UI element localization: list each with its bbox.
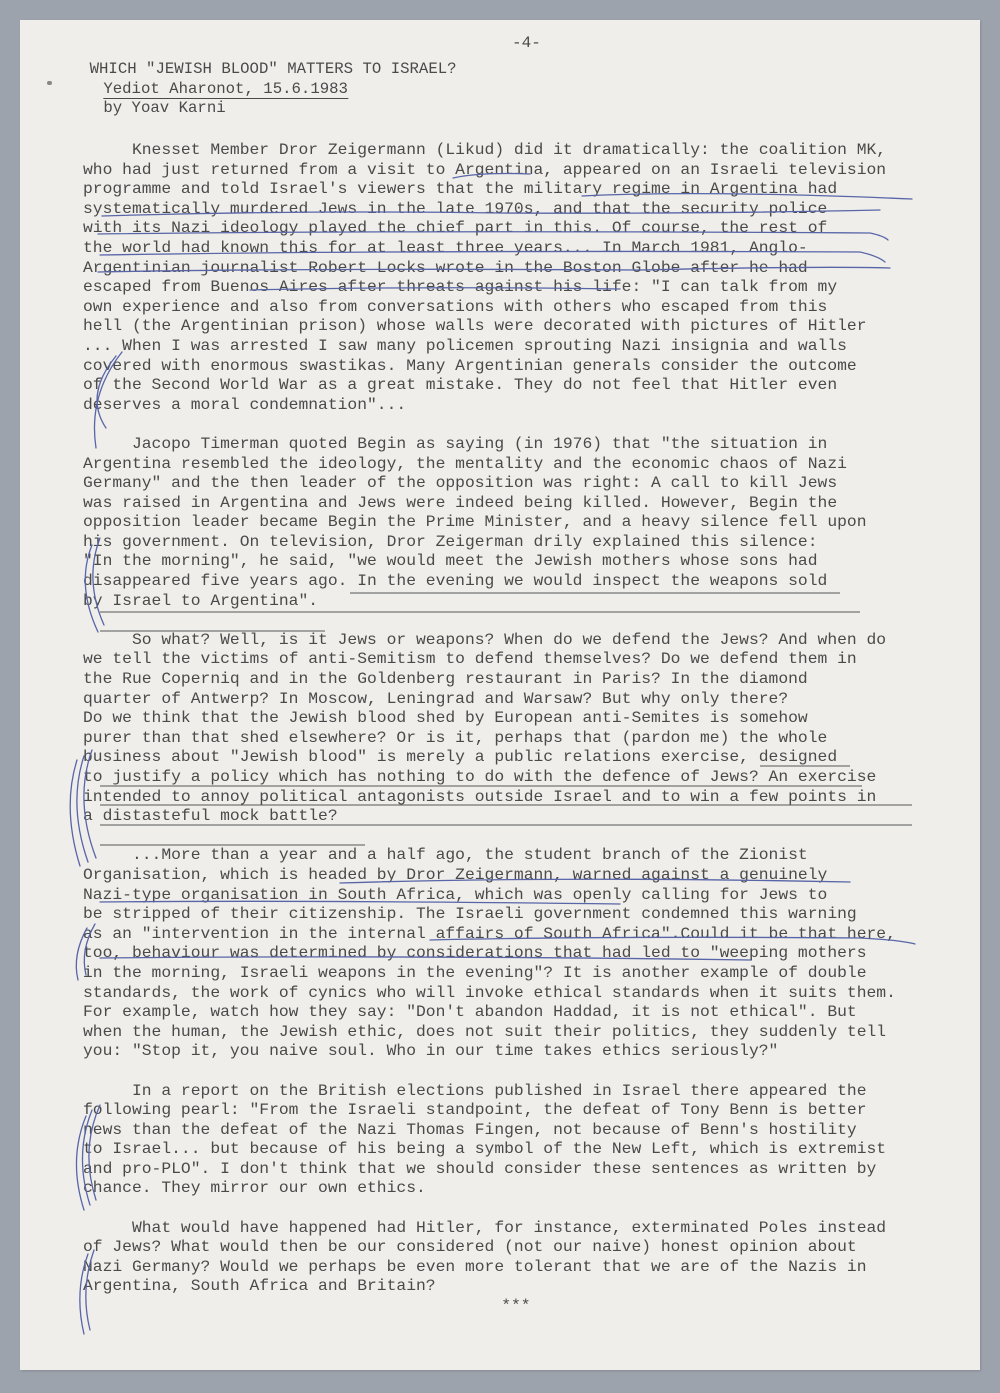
- text-line: of Jews? What would then be our consider…: [83, 1238, 960, 1258]
- text-line: was raised in Argentina and Jews were in…: [83, 494, 960, 514]
- text-line: of the Second World War as a great mista…: [83, 376, 960, 396]
- text-line: deserves a moral condemnation"...: [83, 396, 960, 416]
- text-line: to justify a policy which has nothing to…: [83, 768, 960, 788]
- text-line: the world had known this for at least th…: [83, 239, 960, 259]
- text-line: as an "intervention in the internal affa…: [83, 925, 960, 945]
- text-line: standards, the work of cynics who will i…: [83, 984, 960, 1004]
- article-byline: by Yoav Karni: [70, 99, 457, 119]
- article-source: Yediot Aharonot, 15.6.1983: [103, 80, 348, 99]
- text-line: Argentina resembled the ideology, the me…: [83, 455, 960, 475]
- paragraph-6: What would have happened had Hitler, for…: [83, 1219, 943, 1297]
- text-line: own experience and also from conversatio…: [83, 298, 960, 318]
- text-line: Germany" and the then leader of the oppo…: [83, 474, 960, 494]
- text-line: business about "Jewish blood" is merely …: [83, 748, 960, 768]
- text-line: news than the defeat of the Nazi Thomas …: [83, 1121, 960, 1141]
- text-line: to Israel... but because of his being a …: [83, 1140, 960, 1160]
- text-line: covered with enormous swastikas. Many Ar…: [83, 357, 960, 377]
- text-line: purer than that shed elsewhere? Or is it…: [83, 729, 960, 749]
- text-line: and pro-PLO". I don't think that we shou…: [83, 1160, 960, 1180]
- text-line: disappeared five years ago. In the eveni…: [83, 572, 960, 592]
- text-line: with its Nazi ideology played the chief …: [83, 219, 960, 239]
- text-line: by Israel to Argentina".: [83, 592, 960, 612]
- text-line: hell (the Argentinian prison) whose wall…: [83, 317, 960, 337]
- text-line: Organisation, which is headed by Dror Ze…: [83, 866, 960, 886]
- text-line: systematically murdered Jews in the late…: [83, 200, 960, 220]
- text-line: chance. They mirror our own ethics.: [83, 1179, 960, 1199]
- text-line: who had just returned from a visit to Ar…: [83, 161, 960, 181]
- stray-ink-mark: [47, 81, 52, 85]
- text-line: Argentinian journalist Robert Locks wrot…: [83, 259, 960, 279]
- text-line: be stripped of their citizenship. The Is…: [83, 905, 960, 925]
- page-number: -4-: [512, 34, 541, 52]
- text-line: a distasteful mock battle?: [83, 807, 960, 827]
- text-line: Do we think that the Jewish blood shed b…: [83, 709, 960, 729]
- text-line: intended to annoy political antagonists …: [83, 788, 960, 808]
- article-title: WHICH "JEWISH BLOOD" MATTERS TO ISRAEL?: [70, 60, 457, 80]
- text-line: Knesset Member Dror Zeigermann (Likud) d…: [83, 141, 960, 161]
- text-line: Jacopo Timerman quoted Begin as saying (…: [83, 435, 960, 455]
- end-mark: ***: [83, 1297, 960, 1317]
- text-line: in the morning, Israeli weapons in the e…: [83, 964, 960, 984]
- text-line: too, behaviour was determined by conside…: [83, 944, 960, 964]
- paragraph-2: Jacopo Timerman quoted Begin as saying (…: [83, 435, 943, 611]
- text-line: his government. On television, Dror Zeig…: [83, 533, 960, 553]
- text-line: the Rue Coperniq and in the Goldenberg r…: [83, 670, 960, 690]
- text-line: we tell the victims of anti-Semitism to …: [83, 650, 960, 670]
- text-line: programme and told Israel's viewers that…: [83, 180, 960, 200]
- text-line: "In the morning", he said, "we would mee…: [83, 552, 960, 572]
- text-line: quarter of Antwerp? In Moscow, Leningrad…: [83, 690, 960, 710]
- text-line: escaped from Buenos Aires after threats …: [83, 278, 960, 298]
- text-line: following pearl: "From the Israeli stand…: [83, 1101, 960, 1121]
- text-line: when the human, the Jewish ethic, does n…: [83, 1023, 960, 1043]
- text-line: you: "Stop it, you naive soul. Who in ou…: [83, 1042, 960, 1062]
- text-line: For example, watch how they say: "Don't …: [83, 1003, 960, 1023]
- article-body: Knesset Member Dror Zeigermann (Likud) d…: [83, 141, 943, 1317]
- paragraph-4: ...More than a year and a half ago, the …: [83, 846, 943, 1062]
- text-line: Argentina, South Africa and Britain?: [83, 1277, 960, 1297]
- paragraph-1: Knesset Member Dror Zeigermann (Likud) d…: [83, 141, 943, 415]
- text-line: In a report on the British elections pub…: [83, 1082, 960, 1102]
- text-line: What would have happened had Hitler, for…: [83, 1219, 960, 1239]
- text-line: ... When I was arrested I saw many polic…: [83, 337, 960, 357]
- text-line: ...More than a year and a half ago, the …: [83, 846, 960, 866]
- paragraph-3: So what? Well, is it Jews or weapons? Wh…: [83, 631, 943, 827]
- text-line: So what? Well, is it Jews or weapons? Wh…: [83, 631, 960, 651]
- text-line: opposition leader became Begin the Prime…: [83, 513, 960, 533]
- text-line: Nazi Germany? Would we perhaps be even m…: [83, 1258, 960, 1278]
- paragraph-5: In a report on the British elections pub…: [83, 1082, 943, 1200]
- article-header: WHICH "JEWISH BLOOD" MATTERS TO ISRAEL? …: [70, 60, 457, 119]
- text-line: Nazi-type organisation in South Africa, …: [83, 886, 960, 906]
